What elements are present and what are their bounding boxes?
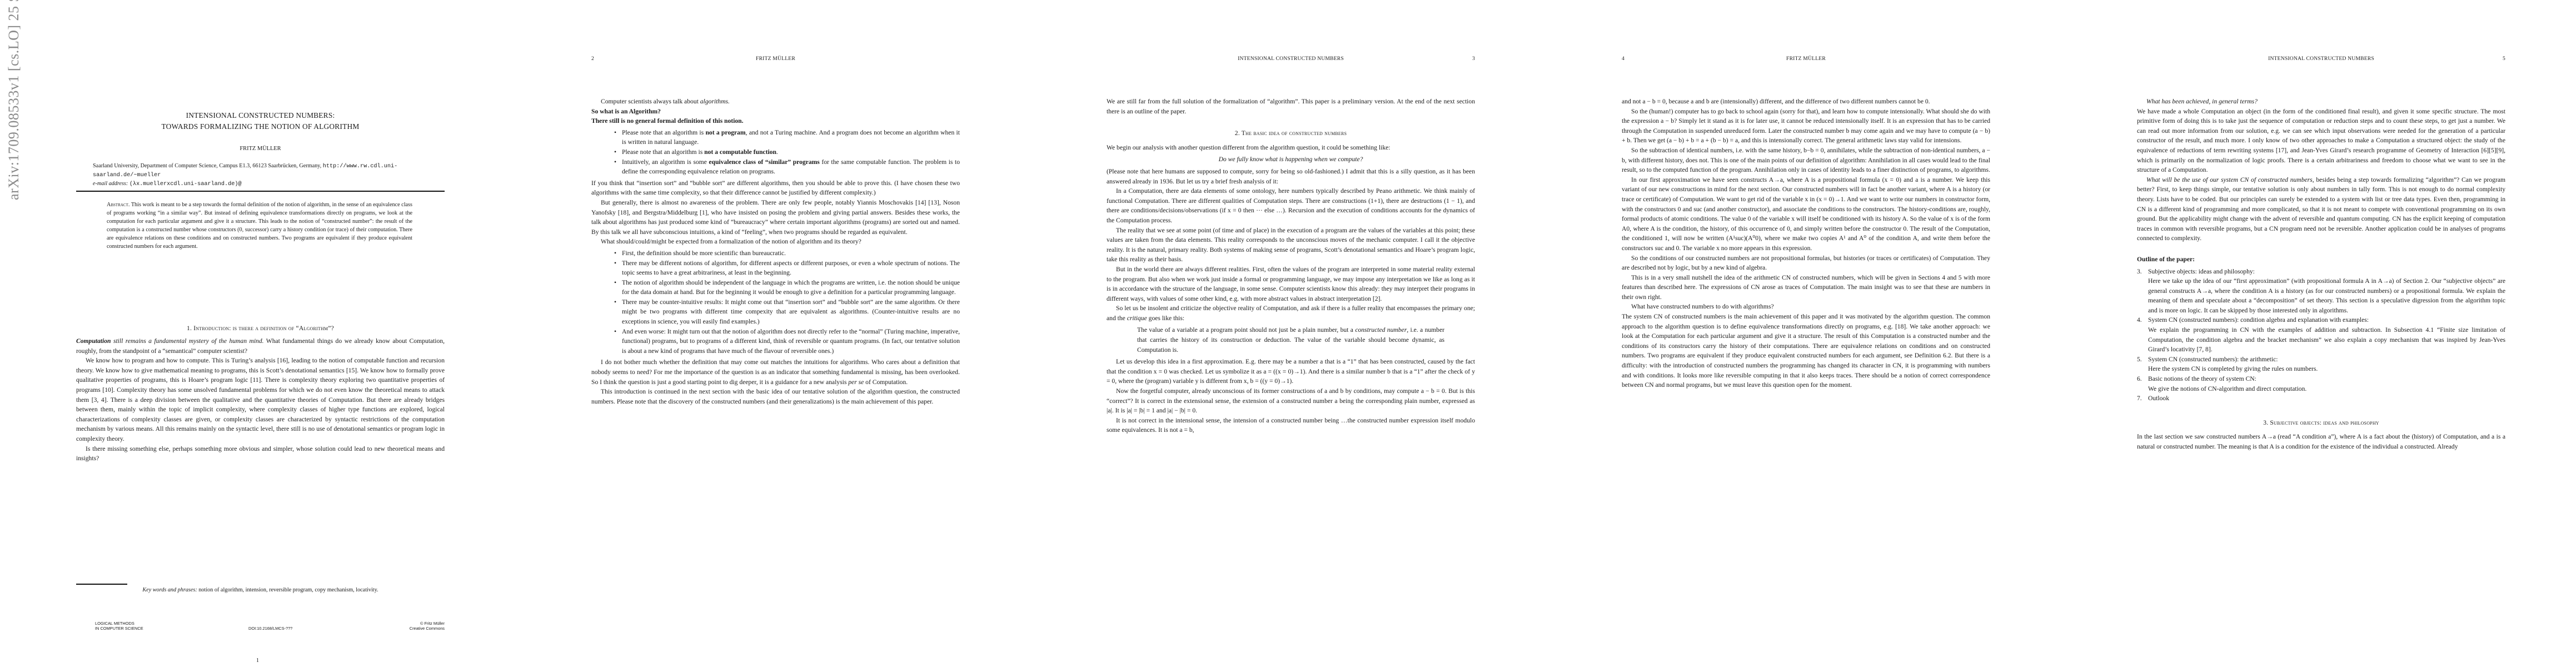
- running-head-title: FRITZ MÜLLER: [591, 56, 960, 62]
- item-number: 3.: [2137, 267, 2142, 277]
- paragraph: (Please note that here humans are suppos…: [1107, 167, 1475, 186]
- paragraph: Now the forgetful computer, already unco…: [1107, 386, 1475, 416]
- page-5: INTENSIONAL CONSTRUCTED NUMBERS 5 What h…: [2061, 0, 2576, 667]
- emphasis: equivalence class of “similar” programs: [709, 158, 819, 166]
- running-head-title: INTENSIONAL CONSTRUCTED NUMBERS: [1107, 56, 1475, 62]
- outline-list: 3.Subjective objects: ideas and philosop…: [2137, 267, 2505, 404]
- paragraph: It is not correct in the intensional sen…: [1107, 416, 1475, 435]
- running-head: 4 FRITZ MÜLLER: [1622, 56, 1990, 62]
- text: The value of a variable at a program poi…: [1137, 326, 1355, 333]
- lead-italic: still remains a fundamental mystery of t…: [111, 337, 264, 345]
- affiliation: Saarland University, Department of Compu…: [93, 163, 321, 169]
- display-question: Do we fully know what is happening when …: [1107, 155, 1475, 165]
- list-item: There may be different notions of algori…: [622, 258, 960, 278]
- text: , besides being a step towards formalizi…: [2137, 176, 2505, 242]
- paragraph: What should/could/might be expected from…: [591, 237, 960, 247]
- emphasis: not a computable function: [704, 148, 776, 156]
- running-head: INTENSIONAL CONSTRUCTED NUMBERS 3: [1107, 56, 1475, 62]
- copyright: © Fritz Müller Creative Commons: [389, 621, 445, 631]
- item-number: 4.: [2137, 315, 2142, 325]
- email-address[interactable]: (λx.muellerxcdl.uni-saarland.de)@: [129, 181, 242, 187]
- text: goes like this:: [1147, 315, 1184, 322]
- paragraph: So the (human!) computer has to go back …: [1622, 107, 1990, 146]
- abstract-text: This work is meant to be a step towards …: [107, 202, 412, 250]
- running-head-title: INTENSIONAL CONSTRUCTED NUMBERS: [2137, 56, 2505, 62]
- doi: DOI:10.2168/LMCS-???: [248, 626, 292, 631]
- list-item: The notion of algorithm should be indepe…: [622, 278, 960, 297]
- emphasis: What will be the use of our system CN of…: [2146, 176, 2313, 183]
- text: of Computation.: [864, 379, 908, 386]
- page-3: INTENSIONAL CONSTRUCTED NUMBERS 3 We are…: [1030, 0, 1546, 667]
- email-label: e-mail address:: [93, 181, 128, 187]
- item-title: Basic notions of the theory of system CN…: [2148, 374, 2505, 384]
- item-number: 5.: [2137, 355, 2142, 365]
- item-description: Here we take up the idea of our “first a…: [2148, 276, 2505, 315]
- running-head: INTENSIONAL CONSTRUCTED NUMBERS 5: [2137, 56, 2505, 62]
- title-rule: [76, 191, 445, 192]
- paragraph: What have constructed numbers to do with…: [1622, 302, 1990, 312]
- item-number: 7.: [2137, 394, 2142, 404]
- title-line-2: TOWARDS FORMALIZING THE NOTION OF ALGORI…: [76, 121, 445, 132]
- abstract-label: Abstract.: [107, 202, 129, 208]
- paragraph: This is in a very small nutshell the ide…: [1622, 273, 1990, 302]
- keywords-text: notion of algorithm, intension, reversib…: [198, 587, 378, 593]
- journal-line-1: LOGICAL METHODS: [95, 621, 143, 626]
- keywords-label: Key words and phrases:: [142, 587, 197, 593]
- running-head: 2 FRITZ MÜLLER: [591, 56, 960, 62]
- page-number: 2: [591, 56, 594, 62]
- footnote-rule: [76, 584, 127, 585]
- outline-heading: Outline of the paper:: [2137, 255, 2505, 265]
- bullet-list-1: Please note that an algorithm is not a p…: [591, 128, 960, 177]
- paragraph: Let us develop this idea in a first appr…: [1107, 357, 1475, 386]
- page-number: 5: [2503, 56, 2505, 62]
- running-head-title: FRITZ MÜLLER: [1622, 56, 1990, 62]
- outline-item: 6.Basic notions of the theory of system …: [2148, 374, 2505, 394]
- paragraph: In a Computation, there are data element…: [1107, 186, 1475, 225]
- text: .: [776, 148, 778, 156]
- author-name: FRITZ MÜLLER: [76, 146, 445, 152]
- item-title: System CN (constructed numbers): the ari…: [2148, 355, 2505, 365]
- page-3-body: We are still far from the full solution …: [1107, 97, 1475, 435]
- bold-statement: There still is no general formal definit…: [591, 116, 960, 126]
- outline-item: 4.System CN (constructed numbers): condi…: [2148, 315, 2505, 354]
- page-number: 4: [1622, 56, 1625, 62]
- list-item: First, the definition should be more sci…: [622, 248, 960, 258]
- item-description: We explain the programming in CN with th…: [2148, 325, 2505, 355]
- item-title: Outlook: [2148, 394, 2505, 404]
- copyright-line-2: Creative Commons: [389, 626, 445, 631]
- section-1-heading: 1. Introduction: is there a definition o…: [76, 325, 445, 332]
- paragraph: What will be the use of our system CN of…: [2137, 175, 2505, 243]
- paragraph: The reality that we see at some point (o…: [1107, 226, 1475, 265]
- section-1-body: Computation still remains a fundamental …: [76, 336, 445, 464]
- journal-line-2: IN COMPUTER SCIENCE: [95, 626, 143, 631]
- paragraph: In our first approximation we have seen …: [1622, 175, 1990, 253]
- paragraph: Computer scientists always talk about al…: [591, 97, 960, 107]
- intro-paragraph-2: We know how to program and how to comput…: [76, 356, 445, 444]
- text: Intuitively, an algorithm is some: [622, 158, 709, 166]
- page-number: 1: [0, 658, 515, 664]
- page-4-body: and not a − b = 0, because a and b are (…: [1622, 97, 1990, 390]
- critique-quote: The value of a variable at a program poi…: [1137, 325, 1444, 355]
- affiliation-block: Saarland University, Department of Compu…: [93, 162, 437, 188]
- page-5-body: What has been achieved, in general terms…: [2137, 97, 2505, 452]
- page-2-body: Computer scientists always talk about al…: [591, 97, 960, 406]
- outline-item: 7.Outlook: [2148, 394, 2505, 404]
- paragraph: If you think that “insertion sort” and “…: [591, 178, 960, 198]
- text: Computer scientists always talk about: [601, 98, 700, 105]
- emphasis: critique: [1127, 315, 1147, 322]
- item-title: Subjective objects: ideas and philosophy…: [2148, 267, 2505, 277]
- paragraph: The system CN of constructed numbers is …: [1622, 312, 1990, 390]
- section-1: 1. Introduction: is there a definition o…: [76, 325, 445, 464]
- emphasis: constructed number: [1355, 326, 1407, 333]
- intro-paragraph-3: Is there missing something else, perhaps…: [76, 444, 445, 464]
- outline-item: 5.System CN (constructed numbers): the a…: [2148, 355, 2505, 374]
- paragraph: I do not bother much whether the definit…: [591, 357, 960, 387]
- title-line-1: INTENSIONAL CONSTRUCTED NUMBERS:: [76, 110, 445, 121]
- list-item: Please note that an algorithm is not a p…: [622, 128, 960, 147]
- paragraph: But in the world there are always differ…: [1107, 265, 1475, 303]
- outline-item: 3.Subjective objects: ideas and philosop…: [2148, 267, 2505, 316]
- page-4: 4 FRITZ MÜLLER and not a − b = 0, becaus…: [1546, 0, 2061, 667]
- journal-name: LOGICAL METHODS IN COMPUTER SCIENCE: [95, 621, 143, 631]
- abstract: Abstract. This work is meant to be a ste…: [107, 201, 412, 251]
- paragraph: We are still far from the full solution …: [1107, 97, 1475, 116]
- paper-title: INTENSIONAL CONSTRUCTED NUMBERS: TOWARDS…: [76, 110, 445, 132]
- item-description: We give the notions of CN-algorithm and …: [2148, 384, 2505, 394]
- section-2-heading: 2. The basic idea of constructed numbers: [1107, 128, 1475, 138]
- page-number: 3: [1472, 56, 1475, 62]
- paragraph: In the last section we saw constructed n…: [2137, 432, 2505, 451]
- paragraph: and not a − b = 0, because a and b are (…: [1622, 97, 1990, 107]
- list-item: And even worse: It might turn out that t…: [622, 327, 960, 356]
- paragraph: This introduction is continued in the ne…: [591, 387, 960, 406]
- paragraph: So let us be insolent and criticize the …: [1107, 303, 1475, 323]
- emphasis: not a program: [705, 129, 745, 136]
- keywords: Key words and phrases: notion of algorit…: [76, 587, 445, 593]
- intro-paragraph-1: Computation still remains a fundamental …: [76, 336, 445, 356]
- list-item: There may be counter-intuitive results: …: [622, 297, 960, 327]
- page-2: 2 FRITZ MÜLLER Computer scientists alway…: [515, 0, 1030, 667]
- bold-question: So what is an Algorithm?: [591, 107, 960, 117]
- item-number: 6.: [2137, 374, 2142, 384]
- italic-question: What has been achieved, in general terms…: [2137, 97, 2505, 107]
- list-item: Please note that an algorithm is not a c…: [622, 147, 960, 157]
- bullet-list-2: First, the definition should be more sci…: [591, 248, 960, 356]
- lead-term: Computation: [76, 337, 111, 345]
- paragraph: So the subtraction of identical numbers,…: [1622, 146, 1990, 175]
- arxiv-stamp: arXiv:1709.08533v1 [cs.LO] 25 Sep 2017: [6, 0, 22, 200]
- paragraph: We begin our analysis with another quest…: [1107, 143, 1475, 153]
- emphasis: per se: [848, 379, 864, 386]
- text: Please note that an algorithm is: [622, 129, 705, 136]
- paragraph: We have made a whole Computation an obje…: [2137, 107, 2505, 175]
- copyright-line-1: © Fritz Müller: [389, 621, 445, 626]
- page-1: arXiv:1709.08533v1 [cs.LO] 25 Sep 2017 I…: [0, 0, 515, 667]
- paragraph: But generally, there is almost no awaren…: [591, 198, 960, 237]
- emphasis: algorithms.: [700, 98, 730, 105]
- paragraph: So the conditions of our constructed num…: [1622, 253, 1990, 273]
- section-3-heading: 3. Subjective objects: ideas and philoso…: [2137, 418, 2505, 428]
- item-description: Here the system CN is completed by givin…: [2148, 364, 2505, 374]
- text: Please note that an algorithm is: [622, 148, 704, 156]
- item-title: System CN (constructed numbers): conditi…: [2148, 315, 2505, 325]
- list-item: Intuitively, an algorithm is some equiva…: [622, 157, 960, 177]
